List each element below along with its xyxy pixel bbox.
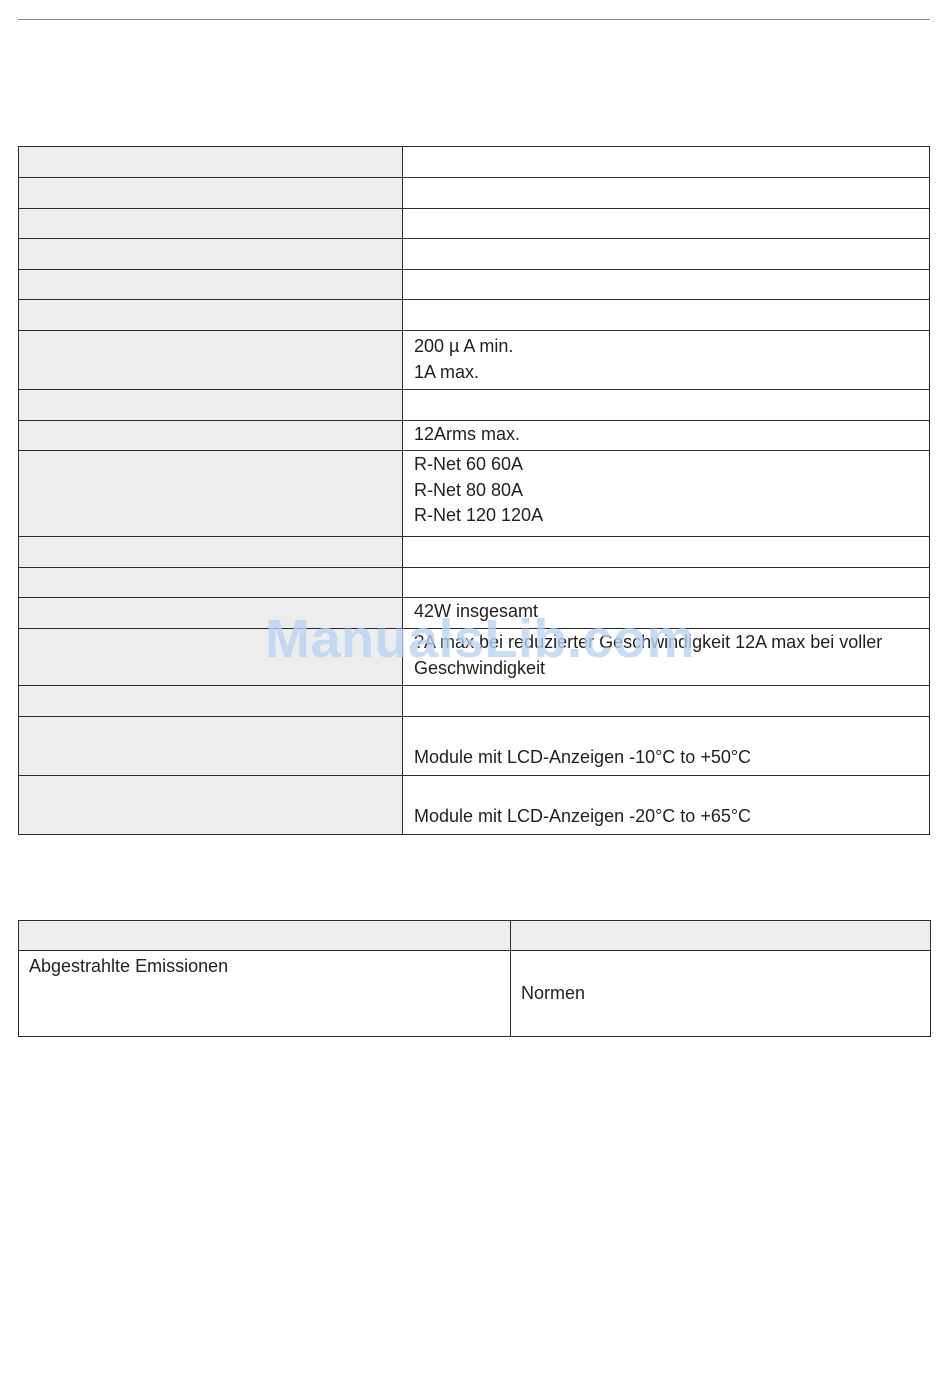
table-row <box>19 270 930 300</box>
spec-label <box>19 537 403 568</box>
spec-value-line: Module mit LCD-Anzeigen -10°C to +50°C <box>414 745 751 771</box>
spec-value-line: R-Net 60 60A <box>414 452 919 478</box>
table-row <box>19 239 930 270</box>
spec-value-line: 1A max. <box>414 360 919 386</box>
spec-value <box>403 390 930 421</box>
spec-label <box>19 270 403 300</box>
spec-value <box>403 568 930 598</box>
table-row <box>19 390 930 421</box>
spec-value: ?A max bei reduzierter Geschwindigkeit 1… <box>403 629 930 686</box>
spec-value: R-Net 60 60A R-Net 80 80A R-Net 120 120A <box>403 451 930 537</box>
spec-value <box>403 686 930 717</box>
spec-label <box>19 451 403 537</box>
table-row: Module mit LCD-Anzeigen -10°C to +50°C <box>19 717 930 776</box>
spec-value <box>403 270 930 300</box>
emc-table: Abgestrahlte Emissionen Normen <box>18 920 931 1037</box>
table-row <box>19 300 930 331</box>
spec-label <box>19 331 403 390</box>
spec-value <box>403 178 930 209</box>
spec-value: Module mit LCD-Anzeigen -20°C to +65°C <box>403 776 930 835</box>
spec-value <box>403 537 930 568</box>
spec-label <box>19 686 403 717</box>
spec-label <box>19 776 403 835</box>
spec-value-line: ?A max bei reduzierter Geschwindigkeit 1… <box>414 632 882 678</box>
table-row <box>19 209 930 239</box>
table-row <box>19 686 930 717</box>
header-rule <box>18 19 930 20</box>
spec-value <box>403 147 930 178</box>
spec-label <box>19 421 403 451</box>
spec-value: 12Arms max. <box>403 421 930 451</box>
spec-value-line: 200 µ A min. <box>414 334 919 360</box>
standards-cell: Normen <box>511 951 931 1037</box>
table-row: 12Arms max. <box>19 421 930 451</box>
spec-value <box>403 209 930 239</box>
table-row: 200 µ A min. 1A max. <box>19 331 930 390</box>
table-row <box>19 568 930 598</box>
table-row: Module mit LCD-Anzeigen -20°C to +65°C <box>19 776 930 835</box>
table-row: Abgestrahlte Emissionen Normen <box>19 951 931 1037</box>
table-row: R-Net 60 60A R-Net 80 80A R-Net 120 120A <box>19 451 930 537</box>
header-cell <box>511 921 931 951</box>
spec-label <box>19 209 403 239</box>
spec-value-line: 12Arms max. <box>414 422 919 448</box>
spec-label <box>19 598 403 629</box>
table-row <box>19 178 930 209</box>
spec-label <box>19 178 403 209</box>
table-row <box>19 147 930 178</box>
spec-label <box>19 239 403 270</box>
spec-label <box>19 629 403 686</box>
spec-value: 200 µ A min. 1A max. <box>403 331 930 390</box>
table-row: 42W insgesamt <box>19 598 930 629</box>
spec-label <box>19 717 403 776</box>
spec-value: Module mit LCD-Anzeigen -10°C to +50°C <box>403 717 930 776</box>
spec-value <box>403 300 930 331</box>
spec-value: 42W insgesamt <box>403 598 930 629</box>
table-row <box>19 537 930 568</box>
spec-label <box>19 147 403 178</box>
table-header-row <box>19 921 931 951</box>
table-row: ?A max bei reduzierter Geschwindigkeit 1… <box>19 629 930 686</box>
spec-value <box>403 239 930 270</box>
spec-label <box>19 390 403 421</box>
specifications-table: 200 µ A min. 1A max. 12Arms max. R-Net 6… <box>18 146 930 835</box>
header-cell <box>19 921 511 951</box>
spec-label <box>19 568 403 598</box>
emission-type-cell: Abgestrahlte Emissionen <box>19 951 511 1037</box>
spec-value-line: Module mit LCD-Anzeigen -20°C to +65°C <box>414 804 751 830</box>
spec-value-line: R-Net 120 120A <box>414 503 919 529</box>
spec-value-line: 42W insgesamt <box>414 599 919 625</box>
spec-label <box>19 300 403 331</box>
spec-value-line: R-Net 80 80A <box>414 478 919 504</box>
